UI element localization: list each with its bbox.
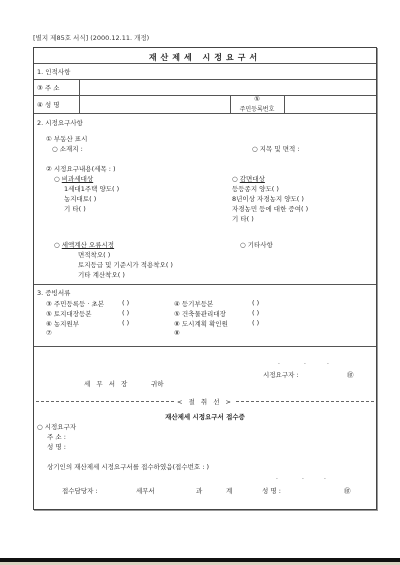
receipt-title: 재산제세 시정요구서 접수증 [34, 412, 376, 421]
form-title: 재산제세 시정요구서 [34, 52, 376, 63]
doc-check[interactable]: ( ) [252, 309, 259, 317]
doc-item: ⑤ 건축물관리대장 [174, 309, 226, 318]
date-dot: · [278, 361, 280, 368]
doc-item: ⑦ [46, 329, 52, 337]
divider [34, 284, 376, 285]
tax-office-label: 세무서 [136, 486, 155, 495]
section2-heading: 2. 시정요구사항 [37, 118, 83, 127]
rrn-circle-number: ⑤ [231, 95, 283, 103]
seal-mark: ㊞ [347, 370, 354, 379]
doc-item: ⑧ [174, 329, 180, 337]
divider [284, 95, 285, 113]
divider [79, 79, 80, 113]
address-label: ③ 주 소 [37, 83, 60, 92]
property-label: ① 부동산 표시 [46, 134, 87, 143]
reduction-label: ○ 감면대상 [232, 174, 265, 183]
name-field[interactable] [81, 96, 229, 113]
reduction-item: 기 타( ) [232, 214, 254, 223]
doc-label: ③ 주민등록등 · 초본 [46, 300, 104, 308]
other-matters-label: ○ 기타사항 [240, 240, 273, 249]
doc-check[interactable]: ( ) [122, 299, 129, 307]
date-dot: · [276, 476, 278, 483]
department-label: 과 [196, 486, 202, 495]
doc-check[interactable]: ( ) [122, 319, 129, 327]
calc-error-item: 면적착오( ) [78, 250, 110, 259]
date-dot: · [324, 476, 326, 483]
doc-item: ⑥ 농지원부 [46, 319, 79, 328]
form-number-note: [별지 제85호 서식] (2000.12.11. 개정) [33, 33, 149, 42]
reduction-item: 등등종지 양도( ) [232, 184, 279, 193]
rrn-field[interactable] [286, 96, 375, 113]
nontaxable-item: 농지대토( ) [64, 194, 96, 203]
receipt-name-label: 성 명 : [47, 442, 66, 451]
calc-error-item: 토지등급 및 기준시가 적용착오( ) [78, 260, 173, 269]
nontaxable-label: ○ 비과세대상 [54, 174, 93, 183]
form-frame: 재산제세 시정요구서 1. 인적사항 ③ 주 소 ④ 성 명 ⑤ 주민등록번호 … [33, 47, 377, 510]
land-area-label: ○ 지목 및 면적 : [252, 144, 300, 153]
doc-check[interactable]: ( ) [122, 309, 129, 317]
doc-check[interactable]: ( ) [252, 299, 259, 307]
name-label: ④ 성 명 [37, 100, 60, 109]
calc-error-item: 기타 계산착오( ) [78, 270, 125, 279]
doc-item: ⑧ 도시계획 확인원 [174, 319, 228, 328]
divider [34, 346, 376, 347]
nontaxable-item: 1세대1주택 양도( ) [64, 184, 119, 193]
tax-office-chief: 세 무 서 장 [84, 379, 129, 388]
doc-item: ④ 등기부등본 [174, 299, 213, 308]
date-dot: · [304, 361, 306, 368]
honorific: 귀하 [151, 379, 164, 388]
request-content-label: ② 시정요구내용(세목 : ) [46, 164, 116, 173]
rrn-label: 주민등록번호 [231, 104, 283, 113]
team-label: 계 [226, 486, 232, 495]
doc-item: ③ 주민등록등 · 초본 [46, 299, 104, 308]
nontaxable-item: 기 타( ) [64, 204, 86, 213]
calc-error-label: ○ 세액계산 오류시정 [54, 240, 114, 249]
receipt-requester-heading: ○ 시정요구자 [37, 422, 76, 431]
date-dot: · [327, 361, 329, 368]
date-dot: · [302, 476, 304, 483]
requester-signature-label: 시정요구자 : [263, 370, 299, 379]
reduction-item: 자경농민 등에 대한 증여( ) [232, 204, 308, 213]
location-label: ○ 소재지 : [52, 144, 83, 153]
receipt-address-label: 주 소 : [47, 432, 66, 441]
reduction-item: 8년이상 자경농지 양도( ) [232, 194, 304, 203]
cut-line-label: < 절 취 선 > [174, 397, 236, 406]
section1-heading: 1. 인적사항 [37, 67, 70, 76]
divider [34, 113, 376, 114]
address-field[interactable] [81, 80, 375, 95]
receipt-statement: 상기인의 재산제세 시정요구서를 접수하였음(접수번호 : ) [47, 462, 209, 471]
doc-check[interactable]: ( ) [252, 319, 259, 327]
receiving-officer-label: 접수담당자 : [62, 486, 98, 495]
doc-item: ⑤ 토지대장등본 [46, 309, 92, 318]
doc-label: ⑤ 토지대장등본 [46, 310, 92, 318]
divider [34, 63, 376, 64]
doc-label: ⑥ 농지원부 [46, 320, 79, 328]
seal-mark: ㊞ [344, 486, 351, 495]
officer-name-label: 성 명 : [262, 486, 281, 495]
section3-heading: 3. 증빙서류 [37, 288, 70, 297]
